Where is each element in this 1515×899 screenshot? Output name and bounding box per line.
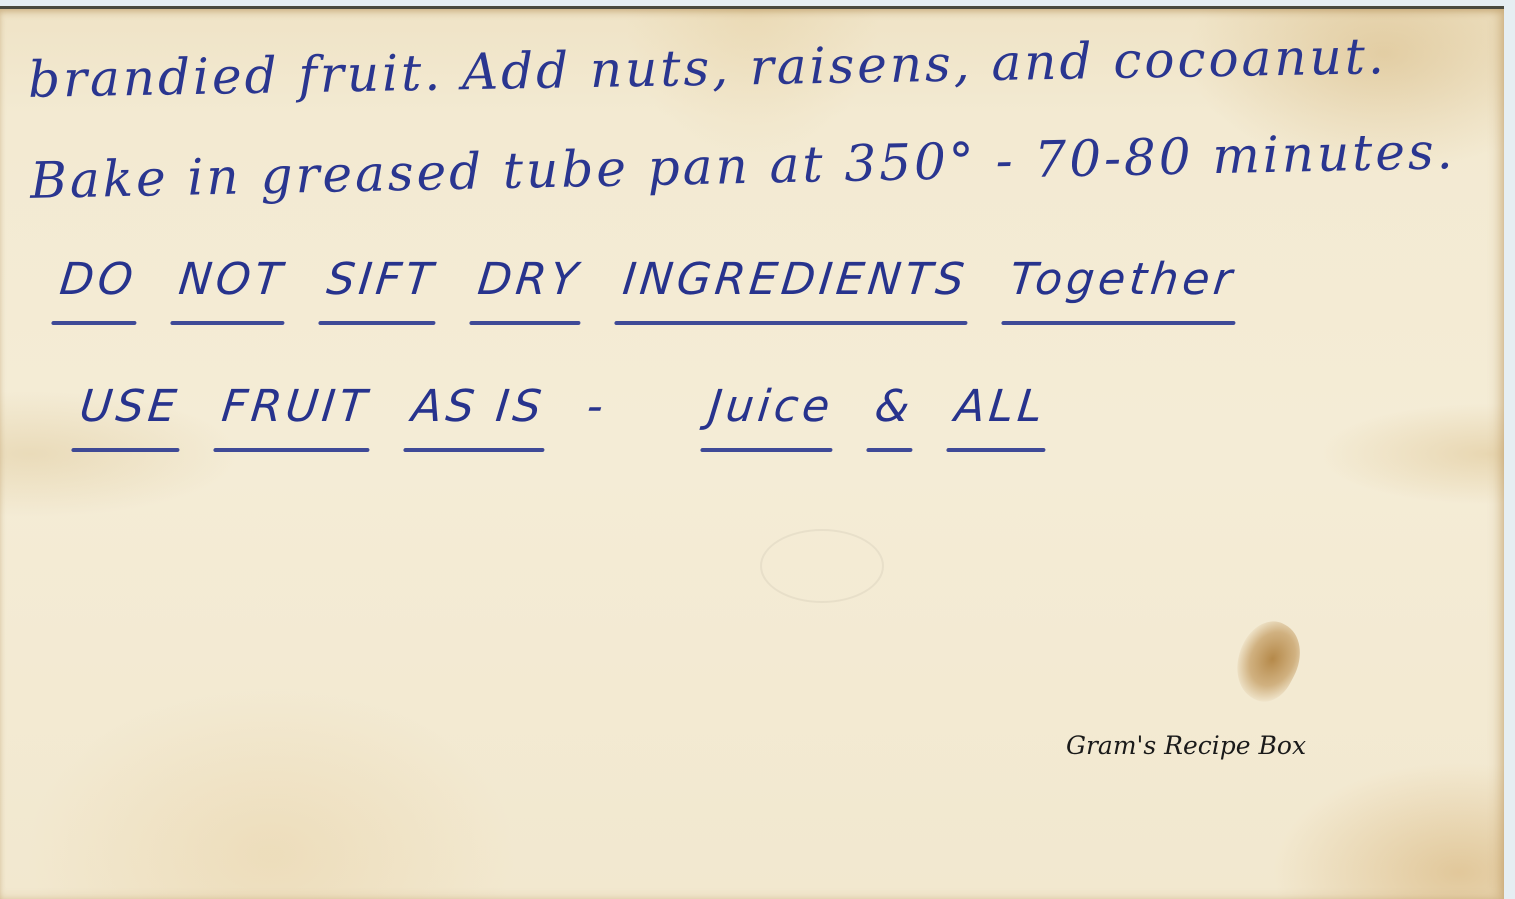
coffee-stain	[1223, 612, 1314, 711]
word-not: NOT	[176, 254, 288, 305]
word-ingredients: INGREDIENTS	[621, 254, 971, 305]
word-use: USE	[77, 381, 182, 432]
word-do: DO	[57, 254, 139, 305]
cursive-line-2: Bake in greased tube pan at 350° - 70-80…	[30, 122, 1456, 210]
dash: -	[584, 381, 609, 432]
paper-impression	[760, 529, 884, 603]
instruction-line-sift: DO NOT SIFT DRY INGREDIENTS Together	[60, 254, 1278, 305]
word-juice: Juice	[706, 381, 836, 432]
watermark: Gram's Recipe Box	[1066, 731, 1306, 760]
word-all: ALL	[953, 381, 1050, 432]
word-sift: SIFT	[324, 254, 438, 305]
cursive-line-1: brandied fruit. Add nuts, raisens, and c…	[28, 27, 1388, 109]
word-fruit: FRUIT	[219, 381, 372, 432]
word-dry: DRY	[475, 254, 584, 305]
word-as-is: AS IS	[409, 381, 547, 432]
word-together: Together	[1007, 254, 1238, 305]
recipe-card: brandied fruit. Add nuts, raisens, and c…	[0, 6, 1504, 896]
word-and: &	[872, 381, 916, 432]
instruction-line-fruit: USE FRUIT AS IS - Juice & ALL	[80, 381, 1089, 432]
